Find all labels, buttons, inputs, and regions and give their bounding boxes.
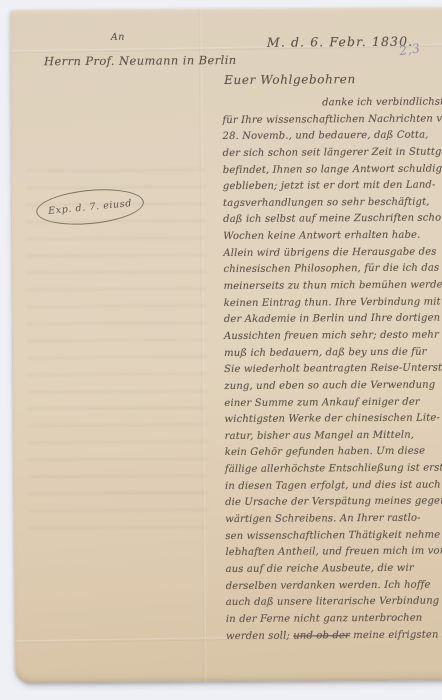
salutation: Euer Wohlgebohren [224,72,356,87]
letter-paper: An Herrn Prof. Neumann in Berlin M. d. 6… [11,7,442,683]
handwritten-line: für Ihre wissenschaftlichen Nachrichten … [222,111,442,129]
handwritten-line: lebhaften Antheil, und freuen mich im vo… [225,544,442,562]
handwritten-line: Wochen keine Antwort erhalten habe. [223,228,442,246]
strikethrough-text: und ob der [293,630,350,641]
handwritten-line: muß ich bedauern, daß bey uns die für [224,344,442,362]
handwritten-line: fällige allerhöchste Entschließung ist e… [225,461,442,479]
pencil-archival-number: 2,3 [398,40,421,58]
handwritten-line: daß ich selbst auf meine Zuschriften sch… [223,211,442,229]
handwritten-line: in der Ferne nicht ganz unterbrochen [226,610,442,628]
handwritten-line: zung, und eben so auch die Verwendung [224,377,442,395]
handwritten-line: auch daß unsere literarische Verbindung [226,594,442,612]
handwritten-line: die Ursache der Verspätung meines gegen- [225,494,442,512]
handwritten-line: Aussichten freuen mich sehr; desto mehr … [224,327,442,345]
handwritten-line: wichtigsten Werke der chinesischen Lite- [224,411,442,429]
handwritten-line: befindet, Ihnen so lange Antwort schuldi… [223,161,442,179]
dispatch-note-text: Exp. d. 7. eiusd [48,198,133,217]
handwritten-line: aus auf die reiche Ausbeute, die wir [226,560,442,578]
handwritten-line: danke ich verbindlichst [222,94,442,112]
handwritten-line: ratur, bisher aus Mangel an Mitteln, [225,427,442,445]
addressee-line: Herrn Prof. Neumann in Berlin [44,53,237,68]
letter-body: danke ich verbindlichstfür Ihre wissensc… [222,94,442,645]
handwritten-line: chinesischen Philosophen, für die ich da… [223,261,442,279]
handwritten-line: kein Gehör gefunden haben. Um diese [225,444,442,462]
dispatch-oval-note: Exp. d. 7. eiusd [35,185,146,229]
handwritten-line: keinen Eintrag thun. Ihre Verbindung mit [224,294,442,312]
handwritten-line: wärtigen Schreibens. An Ihrer rastlo- [225,510,442,528]
handwritten-line: Sie wiederholt beantragten Reise-Unterst… [224,361,442,379]
handwritten-line: einer Summe zum Ankauf einiger der [224,394,442,412]
handwritten-line: 28. Novemb., und bedauere, daß Cotta, [222,128,442,146]
handwritten-line: Allein wird übrigens die Herausgabe des [223,244,442,262]
handwritten-line: tagsverhandlungen so sehr beschäftigt, [223,194,442,212]
scanned-letter-page: { "page": { "background": "#eef0f5" }, "… [0,0,442,700]
paper-fold-vertical [199,9,207,682]
handwritten-line: sen wissenschaftlichen Thätigkeit nehme … [225,527,442,545]
last-line-post: meine eifrigsten [350,629,439,641]
handwritten-line: geblieben; jetzt ist er dort mit den Lan… [223,178,442,196]
handwritten-line: in diesen Tagen erfolgt, und dies ist au… [225,477,442,495]
dateline: M. d. 6. Febr. 1830. [267,34,413,50]
handwritten-line: meinerseits zu thun mich bemühen werde, [224,278,442,296]
handwritten-line: der Akademie in Berlin und Ihre dortigen [224,311,442,329]
handwritten-line: der sich schon seit längerer Zeit in Stu… [223,144,442,162]
handwritten-line-with-strikethrough: werden soll; und ob der meine eifrigsten [226,627,442,645]
handwritten-line: derselben verdanken werden. Ich hoffe [226,577,442,595]
last-line-pre: werden soll; [226,630,293,641]
address-prefix: An [111,32,125,43]
